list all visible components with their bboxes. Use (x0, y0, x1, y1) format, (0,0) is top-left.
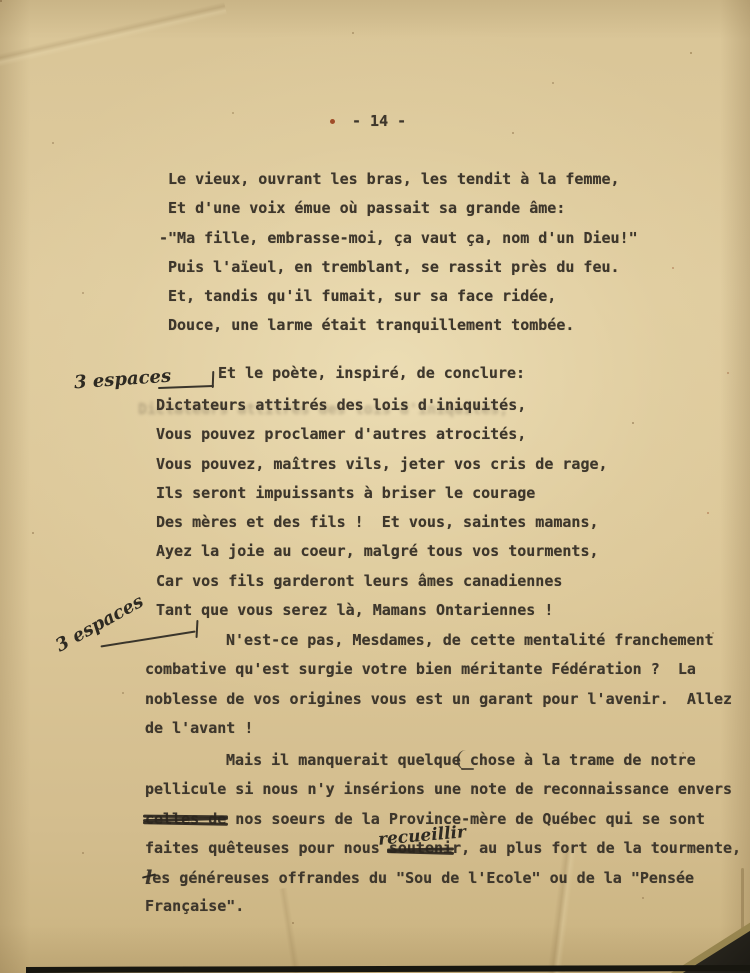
poem-line: Tant que vous serez là, Mamans Ontarienn… (156, 596, 608, 625)
page-number: - 14 - (352, 112, 406, 131)
margin-note-3-espaces: 3 espaces (52, 591, 147, 656)
poem-line: Et d'une voix émue où passait sa grande … (168, 194, 638, 223)
poem-line: Car vos fils garderont leurs âmes canadi… (156, 567, 608, 596)
poem-stanza-1: Le vieux, ouvrant les bras, les tendit à… (168, 165, 638, 341)
intro-line: Et le poète, inspiré, de conclure: (218, 364, 525, 383)
ink-dot (330, 119, 335, 124)
poem-line: Vous pouvez proclamer d'autres atrocités… (156, 420, 608, 449)
struck-out-words: celles de (145, 805, 226, 834)
corner-shadow (630, 905, 750, 973)
prose-line: Mais il manquerait quelque chose à la tr… (145, 746, 741, 775)
prose-line: combative qu'est surgie votre bien mérit… (145, 655, 732, 684)
poem-line: Puis l'aïeul, en tremblant, se rassit pr… (168, 253, 638, 282)
prose-line: les généreuses offrandes du "Sou de l'Ec… (145, 863, 741, 892)
prose-line: de l'avant ! (145, 714, 732, 743)
paper-crease (0, 0, 231, 86)
margin-note-3-espaces: 3 espaces (73, 366, 171, 394)
poem-line: Dictateurs attitrés des lois d'iniquités… (156, 391, 608, 420)
poem-line: Douce, une larme était tranquillement to… (168, 311, 638, 340)
poem-line: Le vieux, ouvrant les bras, les tendit à… (168, 165, 638, 194)
poem-line: Et, tandis qu'il fumait, sur sa face rid… (168, 282, 638, 311)
paper-specks (0, 0, 2, 2)
prose-line: pellicule si nous n'y insérions une note… (145, 775, 741, 804)
join-mark-icon (457, 750, 471, 770)
poem-line: -"Ma fille, embrasse-moi, ça vaut ça, no… (168, 224, 638, 253)
prose-line: N'est-ce pas, Mesdames, de cette mentali… (145, 626, 732, 655)
poem-line: Ayez la joie au coeur, malgré tous vos t… (156, 537, 608, 566)
join-mark-underscore (461, 768, 474, 770)
scanned-typewritten-page: - 14 - Le vieux, ouvrant les bras, les t… (0, 0, 750, 973)
poem-line: Vous pouvez, maîtres vils, jeter vos cri… (156, 450, 608, 479)
paragraph-1: N'est-ce pas, Mesdames, de cette mentali… (145, 626, 732, 743)
poem-line: Ils seront impuissants à briser le coura… (156, 479, 608, 508)
handwritten-letter-correction: l (145, 867, 152, 889)
poem-line: Des mères et des fils ! Et vous, saintes… (156, 508, 608, 537)
poem-stanza-2: Dictateurs attitrés des lois d'iniquités… (156, 391, 608, 625)
prose-line: noblesse de vos origines vous est un gar… (145, 685, 732, 714)
